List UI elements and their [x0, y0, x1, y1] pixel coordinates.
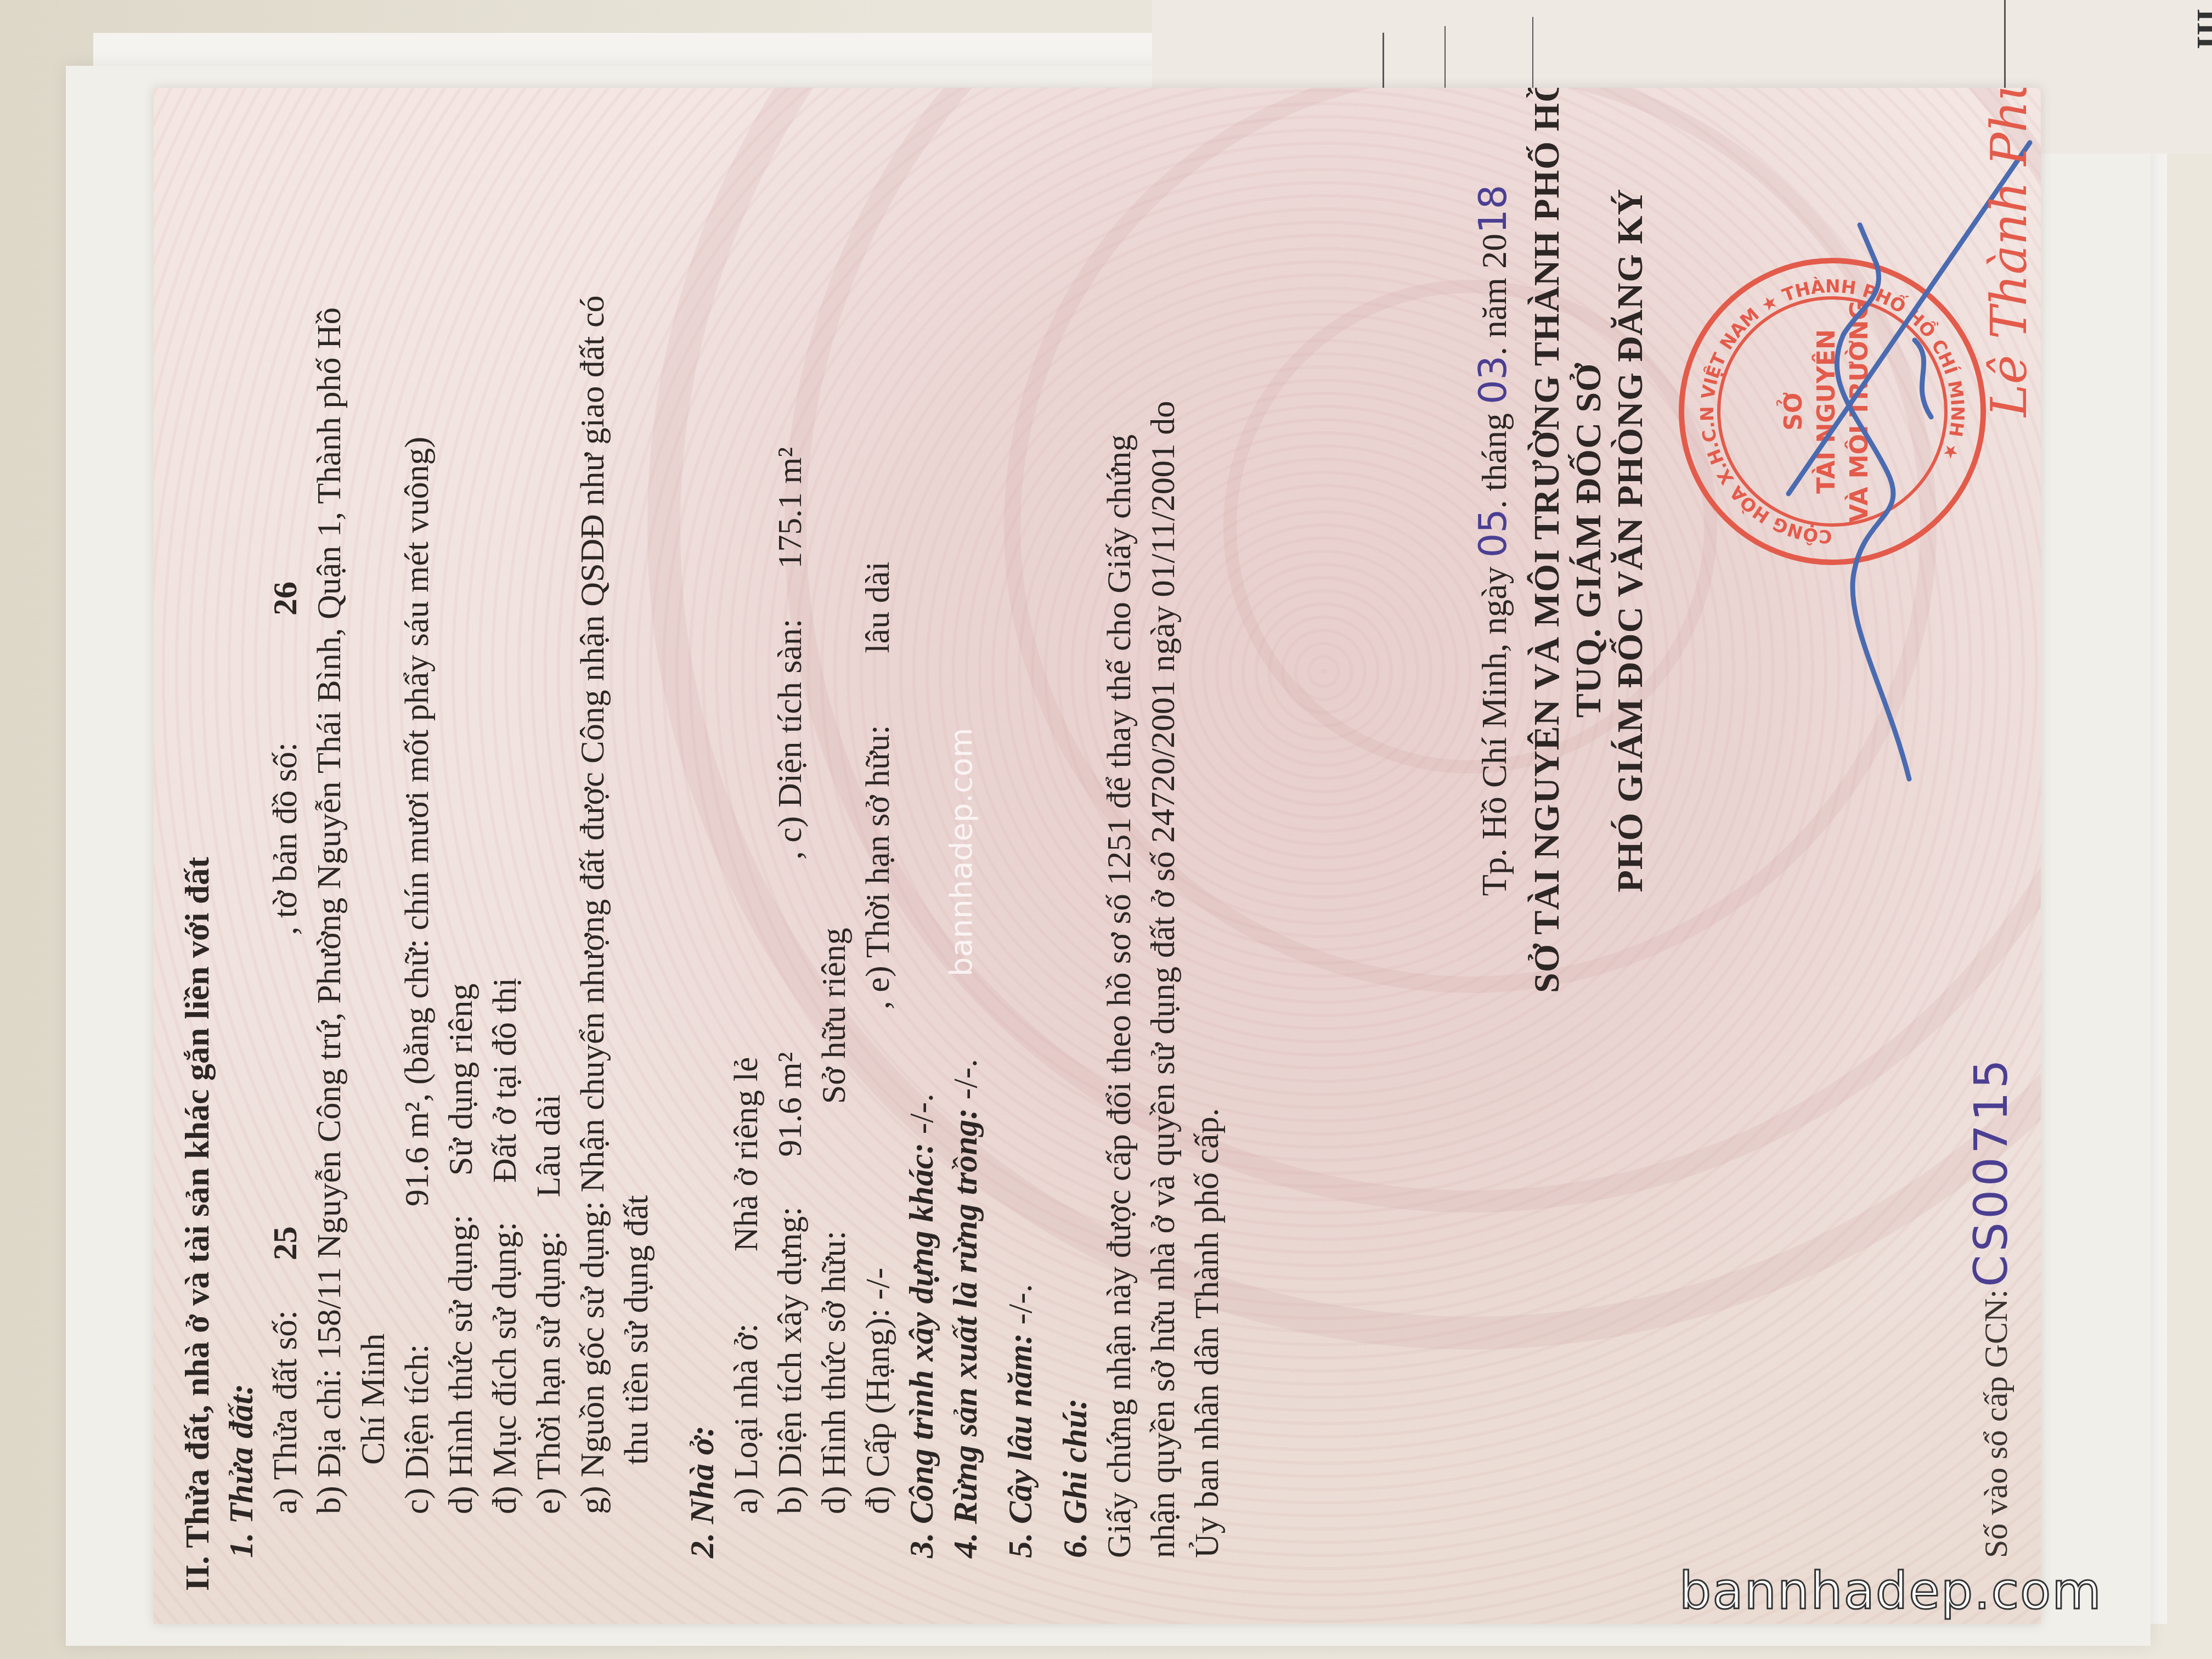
- use-term-row: e) Thời hạn sử dụng: Lâu dài: [527, 110, 571, 1591]
- grade-row: đ) Cấp (Hạng): -/- , e) Thời hạn sở hữu:…: [856, 110, 900, 1591]
- signer-title: PHÓ GIÁM ĐỐC VĂN PHÒNG ĐĂNG KÝ: [1610, 88, 1651, 993]
- certificate-page: II. Thửa đất, nhà ở và tài sản khác gắn …: [154, 88, 2041, 1624]
- use-purpose-value: Đất ở tại đô thị: [486, 978, 523, 1183]
- use-form-row: d) Hình thức sử dụng: Sử dụng riêng: [439, 110, 483, 1591]
- parcel-row: a) Thửa đất số: 25 , tờ bản đồ số: 26: [263, 110, 307, 1591]
- notes-line: nhận quyền sở hữu nhà ở và quyền sử dụng…: [1141, 110, 1185, 1591]
- ownership-term-value: lâu dài: [859, 561, 896, 653]
- signer-name: Lê Thành Phương: [1980, 88, 2038, 417]
- house-type-value: Nhà ở riêng lẻ: [727, 1057, 765, 1251]
- floor-area-value: 175.1 m²: [771, 447, 809, 569]
- house-type-row: a) Loại nhà ở: Nhà ở riêng lẻ: [724, 110, 768, 1591]
- certificate-body: II. Thửa đất, nhà ở và tài sản khác gắn …: [176, 110, 1229, 1591]
- built-area-value: 91.6 m²: [771, 1052, 809, 1157]
- authorization-line: TUQ. GIÁM ĐỐC SỞ: [1568, 88, 1610, 993]
- issue-month: 03: [1470, 356, 1515, 404]
- ownership-form-row: d) Hình thức sở hữu: Sở hữu riêng: [812, 110, 856, 1591]
- use-purpose-row: đ) Mục đích sử dụng: Đất ở tại đô thị: [483, 110, 527, 1591]
- use-term-value: Lâu dài: [530, 1094, 567, 1198]
- issue-day: 05: [1470, 509, 1515, 557]
- ownership-form-value: Sở hữu riêng: [815, 928, 853, 1104]
- map-sheet-number: 26: [263, 582, 307, 616]
- origin-row: g) Nguồn gốc sử dụng: Nhận chuyển nhượng…: [571, 110, 614, 1591]
- other-construction-row: 3. Công trình xây dựng khác: -/-.: [900, 110, 944, 1591]
- issuing-authority: SỞ TÀI NGUYÊN VÀ MÔI TRƯỜNG THÀNH PHỐ HỒ…: [1526, 88, 1568, 993]
- address-value: 158/11 Nguyễn Công trứ, Phường Nguyễn Th…: [311, 307, 348, 1360]
- origin-value: Nhận chuyển nhượng đất được Công nhận QS…: [574, 295, 611, 1192]
- address-row-cont: Chí Minh: [351, 110, 395, 1591]
- built-area-row: b) Diện tích xây dựng: 91.6 m² , c) Diện…: [768, 110, 812, 1591]
- notes-line: Giấy chứng nhận này được cấp đổi theo hồ…: [1097, 110, 1141, 1591]
- rotated-content: II. Thửa đất, nhà ở và tài sản khác gắn …: [154, 88, 2041, 1624]
- address-row: b) Địa chỉ: 158/11 Nguyễn Công trứ, Phườ…: [307, 110, 351, 1591]
- grade-value: -/-: [859, 1268, 896, 1300]
- parcel-number: 25: [263, 1226, 307, 1260]
- area-words: , (bằng chữ: chín mươi mốt phẩy sáu mét …: [398, 437, 436, 1102]
- use-form-value: Sử dụng riêng: [442, 984, 479, 1176]
- adjacent-section-title: III. Sơ: [2189, 0, 2212, 49]
- perennial-trees-row: 5. Cây lâu năm: -/-.: [998, 110, 1042, 1591]
- watermark-center: bannhadep.com: [944, 727, 979, 977]
- notes-line: Ủy ban nhân dân Thành phố cấp.: [1185, 110, 1229, 1591]
- house-heading: 2. Nhà ở:: [680, 110, 724, 1591]
- section-title: II. Thửa đất, nhà ở và tài sản khác gắn …: [176, 110, 219, 1591]
- issue-year: 18: [1470, 185, 1515, 234]
- origin-row-cont: thu tiền sử dụng đất: [614, 110, 658, 1591]
- registry-number: Số vào sổ cấp GCN: CS00715: [1964, 1056, 2018, 1558]
- area-value: 91.6 m²: [398, 1102, 436, 1206]
- area-row: c) Diện tích: 91.6 m², (bằng chữ: chín m…: [395, 110, 439, 1591]
- land-heading: 1. Thửa đất:: [219, 110, 263, 1591]
- notes-heading: 6. Ghi chú:: [1053, 110, 1097, 1591]
- watermark-corner: bannhadep.com: [1679, 1562, 2102, 1621]
- issue-date: Tp. Hồ Chí Minh, ngày 05. tháng 03. năm …: [1470, 88, 1515, 993]
- signature-block: Tp. Hồ Chí Minh, ngày 05. tháng 03. năm …: [1470, 88, 1651, 993]
- registry-number-value: CS00715: [1964, 1056, 2018, 1287]
